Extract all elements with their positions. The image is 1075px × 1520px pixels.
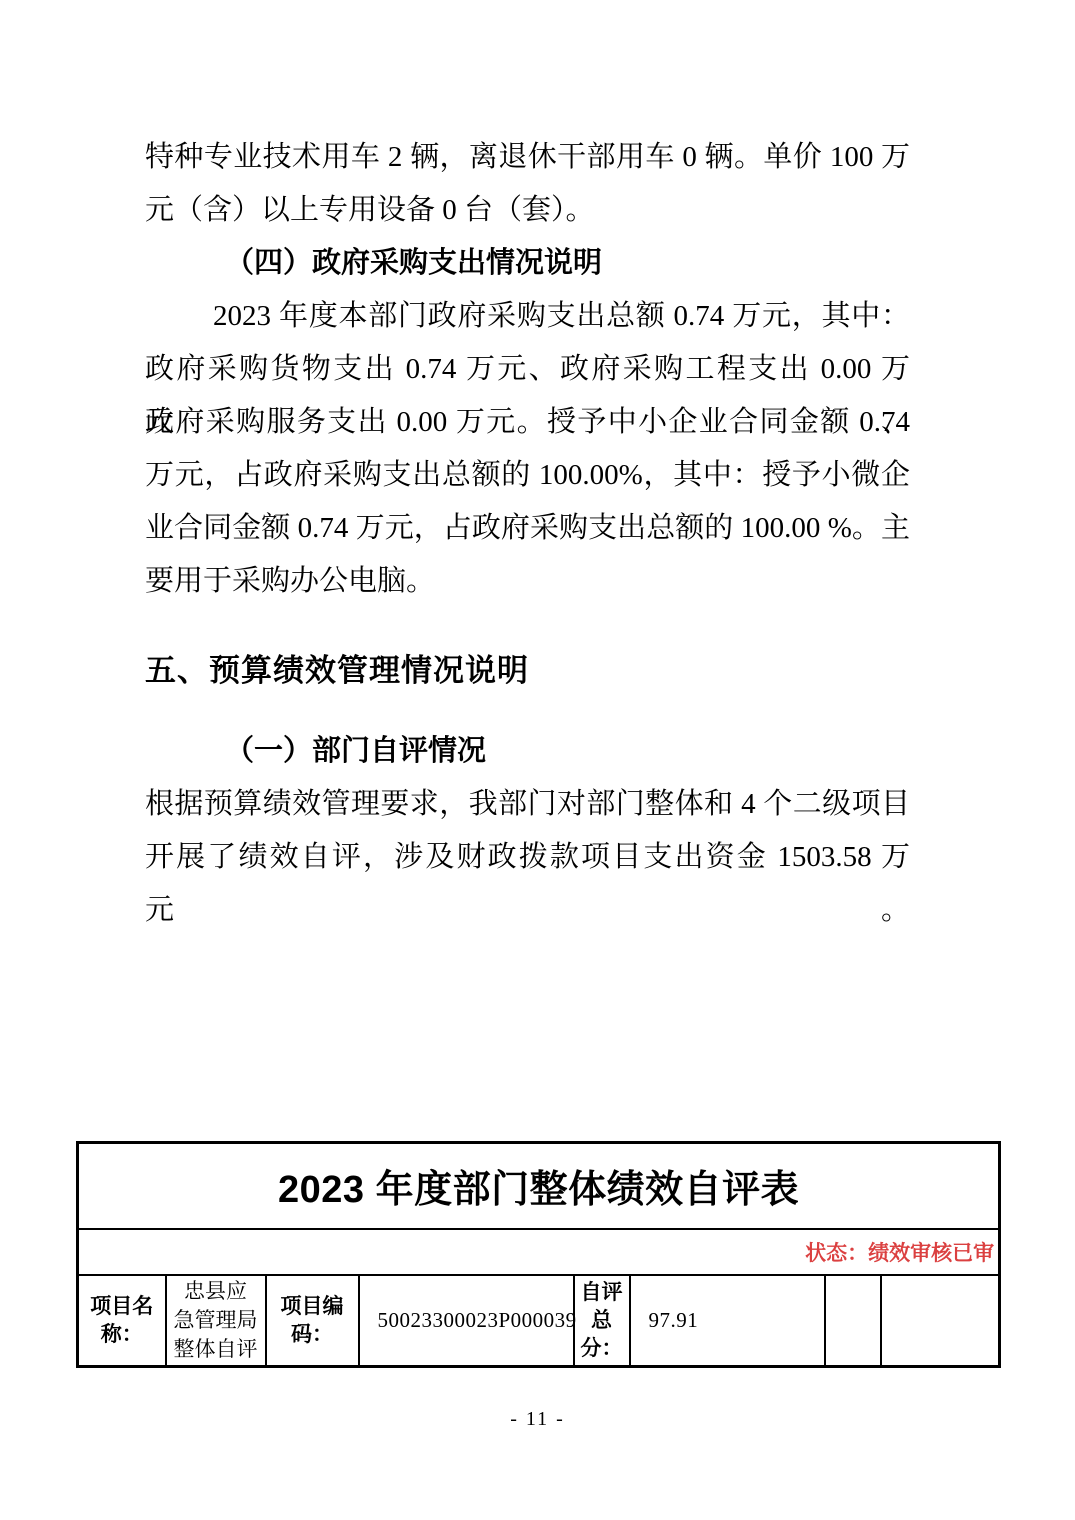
- subsection-heading-selfeval: （一）部门自评情况: [145, 725, 910, 778]
- paragraph-selfeval-line-1: 根据预算绩效管理要求，我部门对部门整体和 4 个二级项目: [145, 778, 910, 831]
- project-code-value: 50023300023P000039: [359, 1275, 574, 1367]
- body-text: 特种专业技术用车 2 辆，离退休干部用车 0 辆。单价 100 万 元（含）以上…: [145, 131, 910, 884]
- paragraph-procurement-line-6: 要用于采购办公电脑。: [145, 555, 910, 608]
- paragraph-vehicles-line-2: 元（含）以上专用设备 0 台（套）。: [145, 184, 910, 237]
- paragraph-procurement-line-4: 万元，占政府采购支出总额的 100.00%，其中：授予小微企: [145, 449, 910, 502]
- paragraph-vehicles-line-1: 特种专业技术用车 2 辆，离退休干部用车 0 辆。单价 100 万: [145, 131, 910, 184]
- project-name-label: 项目名 称：: [78, 1275, 166, 1367]
- empty-cell: [825, 1275, 881, 1367]
- paragraph-procurement-line-1: 2023 年度本部门政府采购支出总额 0.74 万元，其中：: [145, 290, 910, 343]
- self-evaluation-table: 2023 年度部门整体绩效自评表 状态：绩效审核已审 项目名 称： 忠县应 急管…: [76, 1141, 1001, 1368]
- project-code-label: 项目编 码：: [266, 1275, 359, 1367]
- project-name-value: 忠县应 急管理局 整体自评: [166, 1275, 266, 1367]
- table-title: 2023 年度部门整体绩效自评表: [78, 1143, 1000, 1229]
- self-score-label: 自评 总分：: [574, 1275, 630, 1367]
- document-page: 特种专业技术用车 2 辆，离退休干部用车 0 辆。单价 100 万 元（含）以上…: [0, 0, 1075, 1520]
- section-heading-performance: 五、预算绩效管理情况说明: [145, 644, 910, 697]
- paragraph-selfeval-line-2: 开展了绩效自评，涉及财政拨款项目支出资金 1503.58 万元。: [145, 831, 910, 884]
- paragraph-procurement-line-2: 政府采购货物支出 0.74 万元、政府采购工程支出 0.00 万元、: [145, 343, 910, 396]
- empty-cell: [881, 1275, 1000, 1367]
- paragraph-procurement-line-5: 业合同金额 0.74 万元，占政府采购支出总额的 100.00 %。主: [145, 502, 910, 555]
- page-number: - 11 -: [0, 1408, 1075, 1431]
- paragraph-procurement-line-3: 政府采购服务支出 0.00 万元。授予中小企业合同金额 0.74: [145, 396, 910, 449]
- section-heading-procurement: （四）政府采购支出情况说明: [145, 237, 910, 290]
- self-score-value: 97.91: [630, 1275, 825, 1367]
- status-badge: 状态：绩效审核已审: [78, 1229, 1000, 1275]
